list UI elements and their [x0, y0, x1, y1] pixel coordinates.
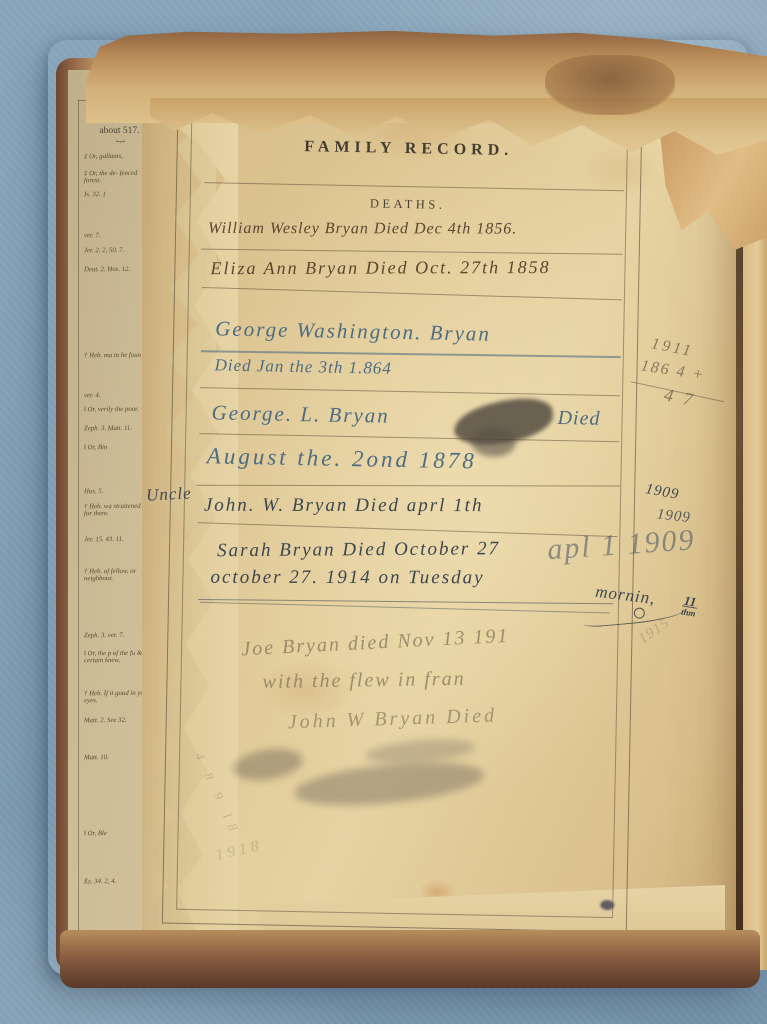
- death-entry-george-w-date: Died Jan the 3th 1.864: [214, 355, 392, 378]
- record-box-group: FAMILY RECORD. DEATHS. William Wesley Br…: [0, 0, 767, 1024]
- pencil-entry-joe-2: with the flew in fran: [262, 668, 465, 694]
- death-entry-john: John. W. Bryan Died aprl 1th: [204, 495, 484, 517]
- pencil-arithmetic-result: 4 7: [662, 385, 697, 412]
- ink-dot: [600, 900, 614, 910]
- death-entry-george-l: George. L. Bryan: [211, 400, 390, 428]
- death-entry-sarah-date: october 27. 1914 on Tuesday: [210, 567, 484, 589]
- death-entry-john-prefix: Uncle: [146, 483, 193, 505]
- death-entry-william: William Wesley Bryan Died Dec 4th 1856.: [208, 220, 517, 239]
- death-entry-george-l-died: Died: [557, 407, 600, 431]
- death-entry-sarah: Sarah Bryan Died October 27: [217, 538, 500, 562]
- margin-year-note: 1909: [644, 481, 680, 504]
- death-entry-george-l-date: August the. 2ond 1878: [207, 443, 477, 474]
- death-entry-eliza: Eliza Ann Bryan Died Oct. 27th 1858: [210, 257, 550, 279]
- death-entry-george-w: George Washington. Bryan: [215, 316, 491, 346]
- time-note-eleven: 11thm: [680, 595, 698, 620]
- photo-background-cloth: Judah's punish B. C.about 517. ︸ ‡ Or, g…: [0, 0, 767, 1024]
- pencil-arithmetic-middle: 186 4 +: [640, 357, 707, 385]
- pencil-arithmetic-top: 1911: [650, 335, 695, 361]
- top-edge-stain: [545, 55, 675, 115]
- book-bottom-worn-edge: [60, 930, 760, 988]
